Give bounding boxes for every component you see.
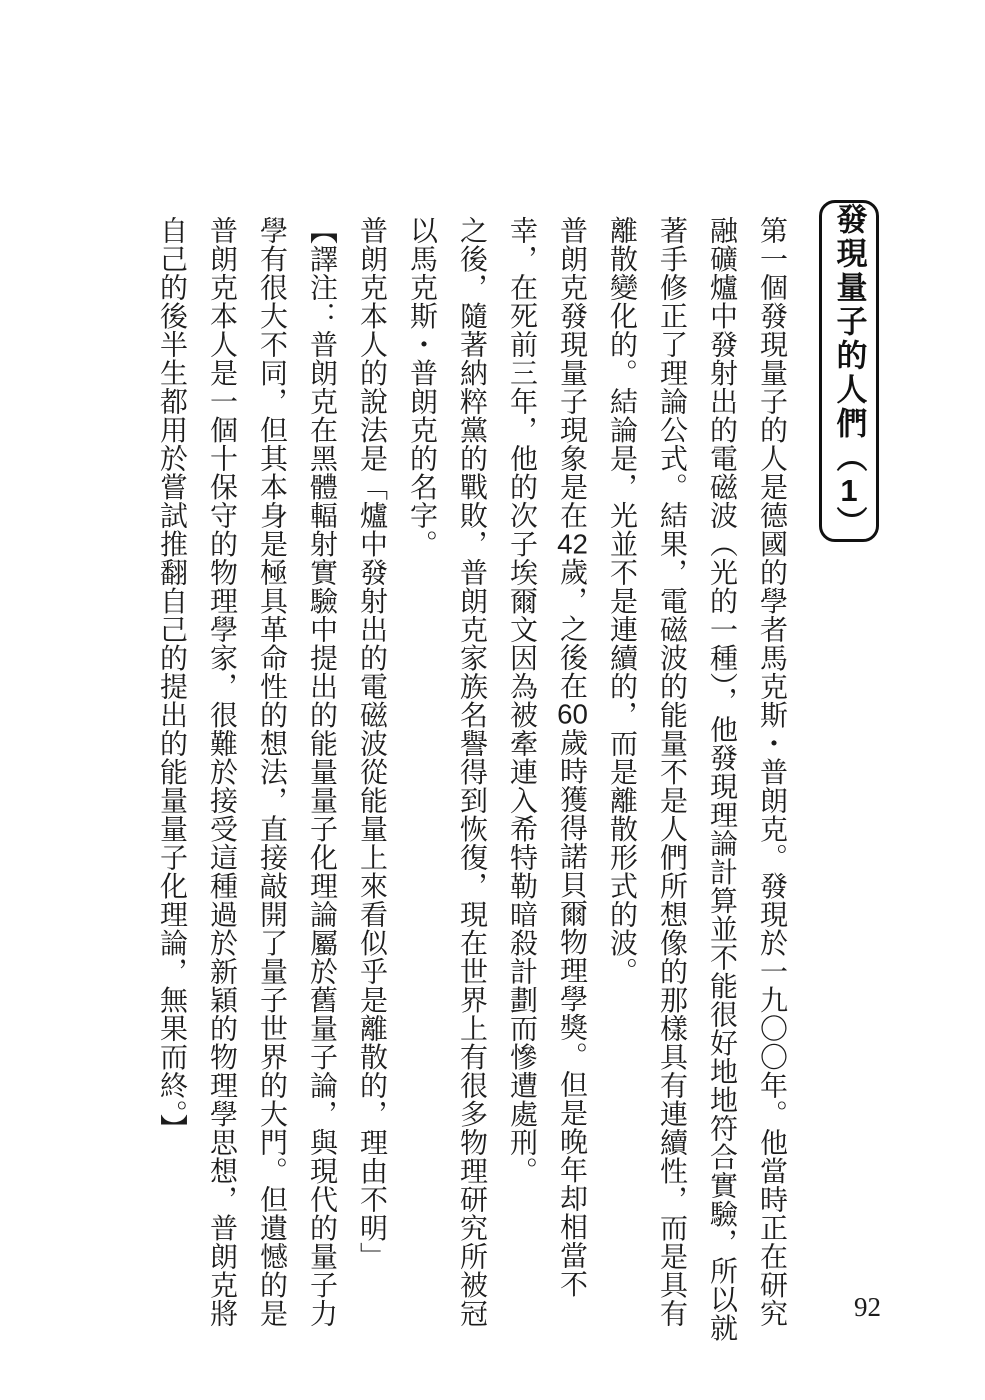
- paragraph-5: 【譯注：普朗克在黑體輻射實驗中提出的能量量子化理論屬於舊量子論，與現代的量子力學…: [147, 216, 347, 1352]
- section-title: 發現量子的人們（1）: [827, 203, 872, 540]
- body-text-block: 第一個發現量子的人是德國的學者馬克斯・普朗克。發現於一九〇〇年。他當時正在研究融…: [147, 216, 797, 1352]
- paragraph-1: 第一個發現量子的人是德國的學者馬克斯・普朗克。發現於一九〇〇年。他當時正在研究融…: [597, 216, 797, 1352]
- paragraph-4: 普朗克本人的說法是「爐中發射出的電磁波從能量上來看似乎是離散的，理由不明」: [347, 216, 397, 1352]
- section-title-box: 發現量子的人們（1）: [819, 200, 879, 542]
- paragraph-2: 普朗克發現量子現象是在42歲，之後在60歲時獲得諾貝爾物理學獎。但是晚年却相當不…: [497, 216, 597, 1352]
- paragraph-3: 之後，隨著納粹黨的戰敗，普朗克家族名譽得到恢復，現在世界上有很多物理研究所被冠以…: [397, 216, 497, 1352]
- page-number: 92: [854, 1292, 881, 1323]
- book-page: 發現量子的人們（1） 第一個發現量子的人是德國的學者馬克斯・普朗克。發現於一九〇…: [0, 0, 985, 1400]
